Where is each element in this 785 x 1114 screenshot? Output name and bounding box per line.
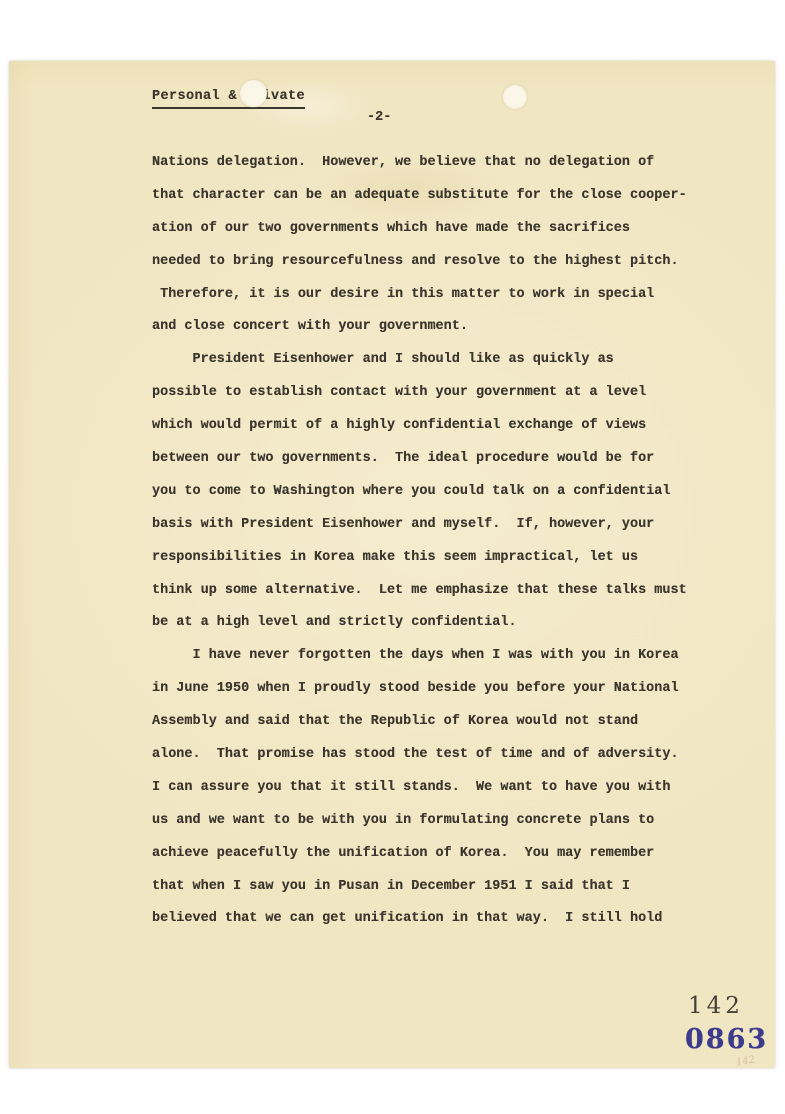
text-line: you to come to Washington where you coul… bbox=[152, 476, 712, 509]
text-line: that character can be an adequate substi… bbox=[152, 180, 712, 213]
text-line: between our two governments. The ideal p… bbox=[152, 443, 712, 476]
text-line: alone. That promise has stood the test o… bbox=[152, 739, 712, 772]
text-line: President Eisenhower and I should like a… bbox=[152, 344, 712, 377]
text-line: achieve peacefully the unification of Ko… bbox=[152, 838, 712, 871]
typewritten-body: Nations delegation. However, we believe … bbox=[152, 147, 712, 936]
pencil-annotation: 142 bbox=[735, 1054, 756, 1068]
text-line: needed to bring resourcefulness and reso… bbox=[152, 246, 712, 279]
page-number: -2- bbox=[367, 110, 391, 125]
text-line: us and we want to be with you in formula… bbox=[152, 805, 712, 838]
text-line: Nations delegation. However, we believe … bbox=[152, 147, 712, 180]
typed-number-stamp: 142 bbox=[688, 993, 744, 1019]
punch-hole-left bbox=[240, 80, 267, 107]
text-line: Therefore, it is our desire in this matt… bbox=[152, 279, 712, 312]
text-line: think up some alternative. Let me emphas… bbox=[152, 575, 712, 608]
document-page: Personal & Private -2- Nations delegatio… bbox=[9, 61, 775, 1068]
text-line: basis with President Eisenhower and myse… bbox=[152, 509, 712, 542]
text-line: I have never forgotten the days when I w… bbox=[152, 640, 712, 673]
text-line: Assembly and said that the Republic of K… bbox=[152, 706, 712, 739]
classification-heading: Personal & Private bbox=[152, 89, 305, 109]
text-line: possible to establish contact with your … bbox=[152, 377, 712, 410]
text-line: I can assure you that it still stands. W… bbox=[152, 772, 712, 805]
text-line: believed that we can get unification in … bbox=[152, 903, 712, 936]
text-line: responsibilities in Korea make this seem… bbox=[152, 542, 712, 575]
text-line: ation of our two governments which have … bbox=[152, 213, 712, 246]
punch-hole-right bbox=[503, 85, 527, 109]
archive-number-stamp: 0863 bbox=[685, 1024, 768, 1055]
text-line: that when I saw you in Pusan in December… bbox=[152, 871, 712, 904]
scanned-document: Personal & Private -2- Nations delegatio… bbox=[0, 0, 785, 1114]
text-line: and close concert with your government. bbox=[152, 311, 712, 344]
text-line: be at a high level and strictly confiden… bbox=[152, 607, 712, 640]
text-line: which would permit of a highly confident… bbox=[152, 410, 712, 443]
text-line: in June 1950 when I proudly stood beside… bbox=[152, 673, 712, 706]
